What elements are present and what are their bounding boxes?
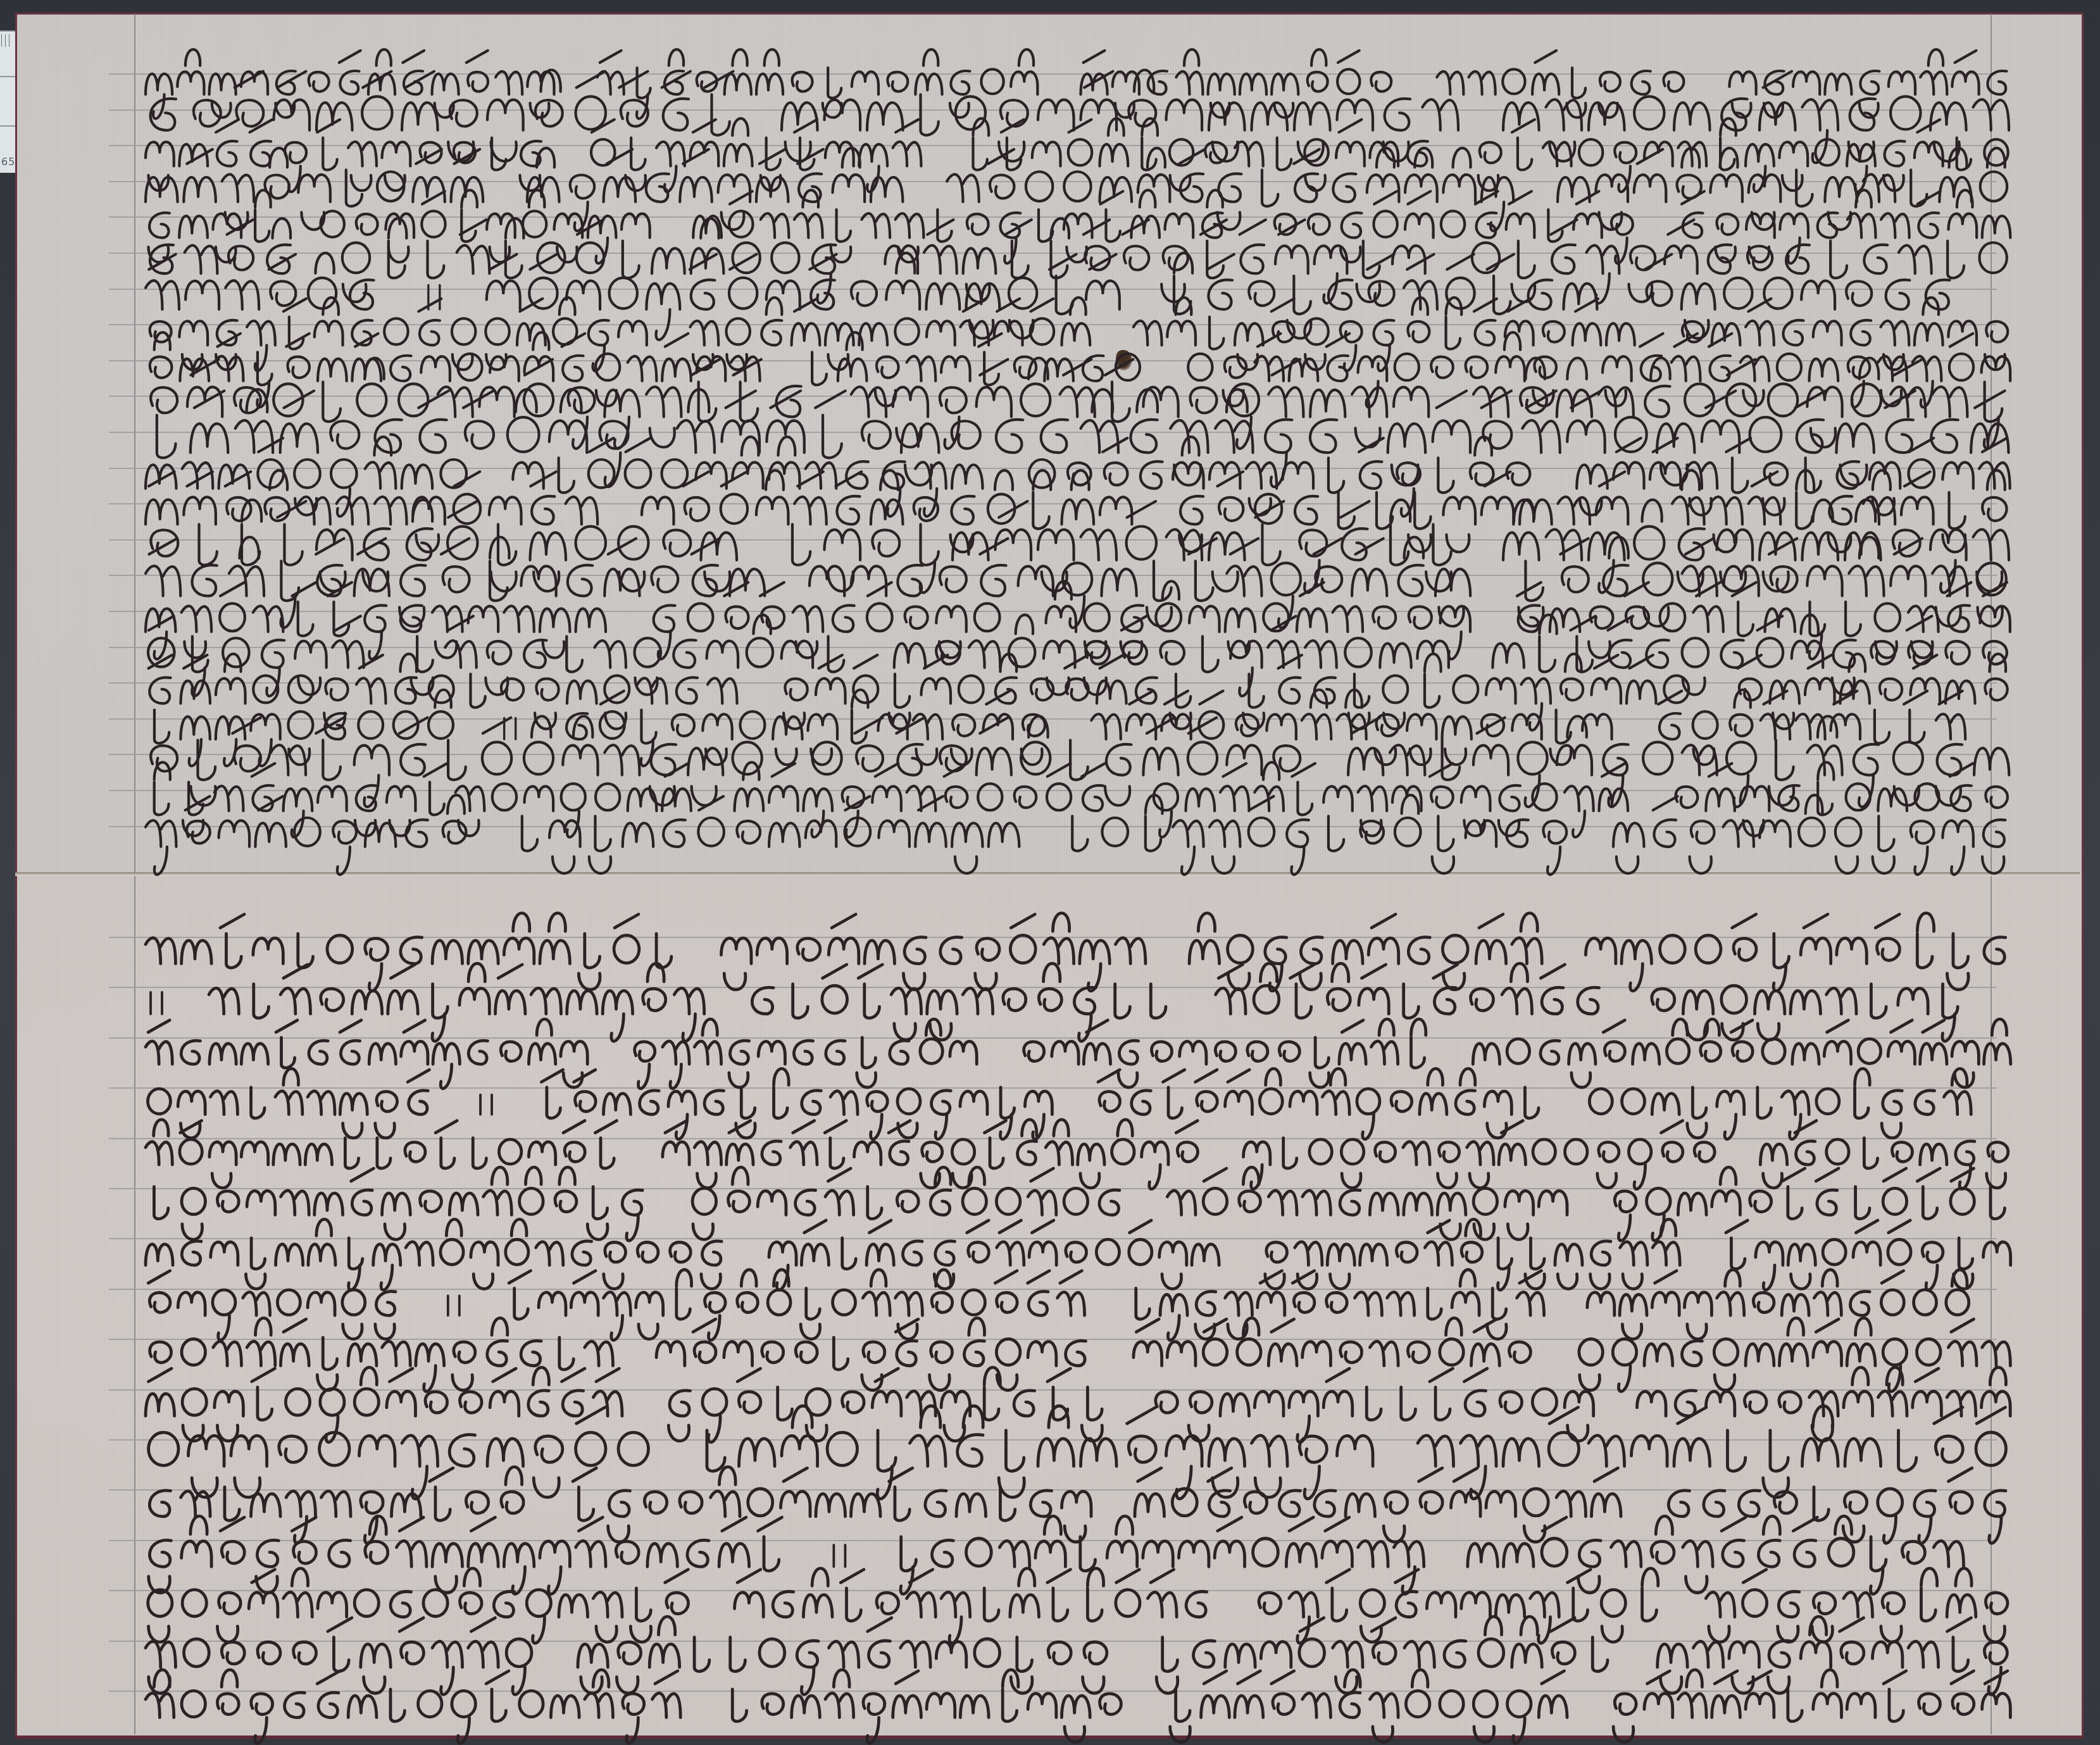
manuscript-line — [146, 1367, 2010, 1442]
manuscript-line — [149, 1516, 1964, 1594]
manuscript-line — [151, 500, 2009, 593]
manuscript-line — [146, 913, 2006, 991]
manuscript-line — [146, 795, 2005, 875]
manuscript-line — [146, 1219, 2011, 1290]
manuscript-line — [148, 1568, 2008, 1643]
manuscript-line — [148, 615, 2007, 696]
manuscript-line — [146, 1120, 2008, 1189]
manuscript-line — [146, 1670, 2010, 1743]
manuscript-line — [154, 762, 2008, 837]
manuscript-line — [146, 581, 2010, 659]
manuscript-line — [154, 690, 1965, 766]
manuscript-line — [148, 1270, 1968, 1340]
manuscript-line — [150, 1318, 2011, 1391]
manuscript-line — [146, 253, 1950, 340]
manuscript-line — [149, 1406, 2006, 1499]
manuscript-line — [146, 49, 2007, 118]
manuscript-line — [147, 1068, 1971, 1139]
manuscript-line — [149, 1467, 2006, 1544]
manuscript-line — [146, 1019, 2011, 1089]
handwritten-script-layer — [0, 0, 2100, 1745]
